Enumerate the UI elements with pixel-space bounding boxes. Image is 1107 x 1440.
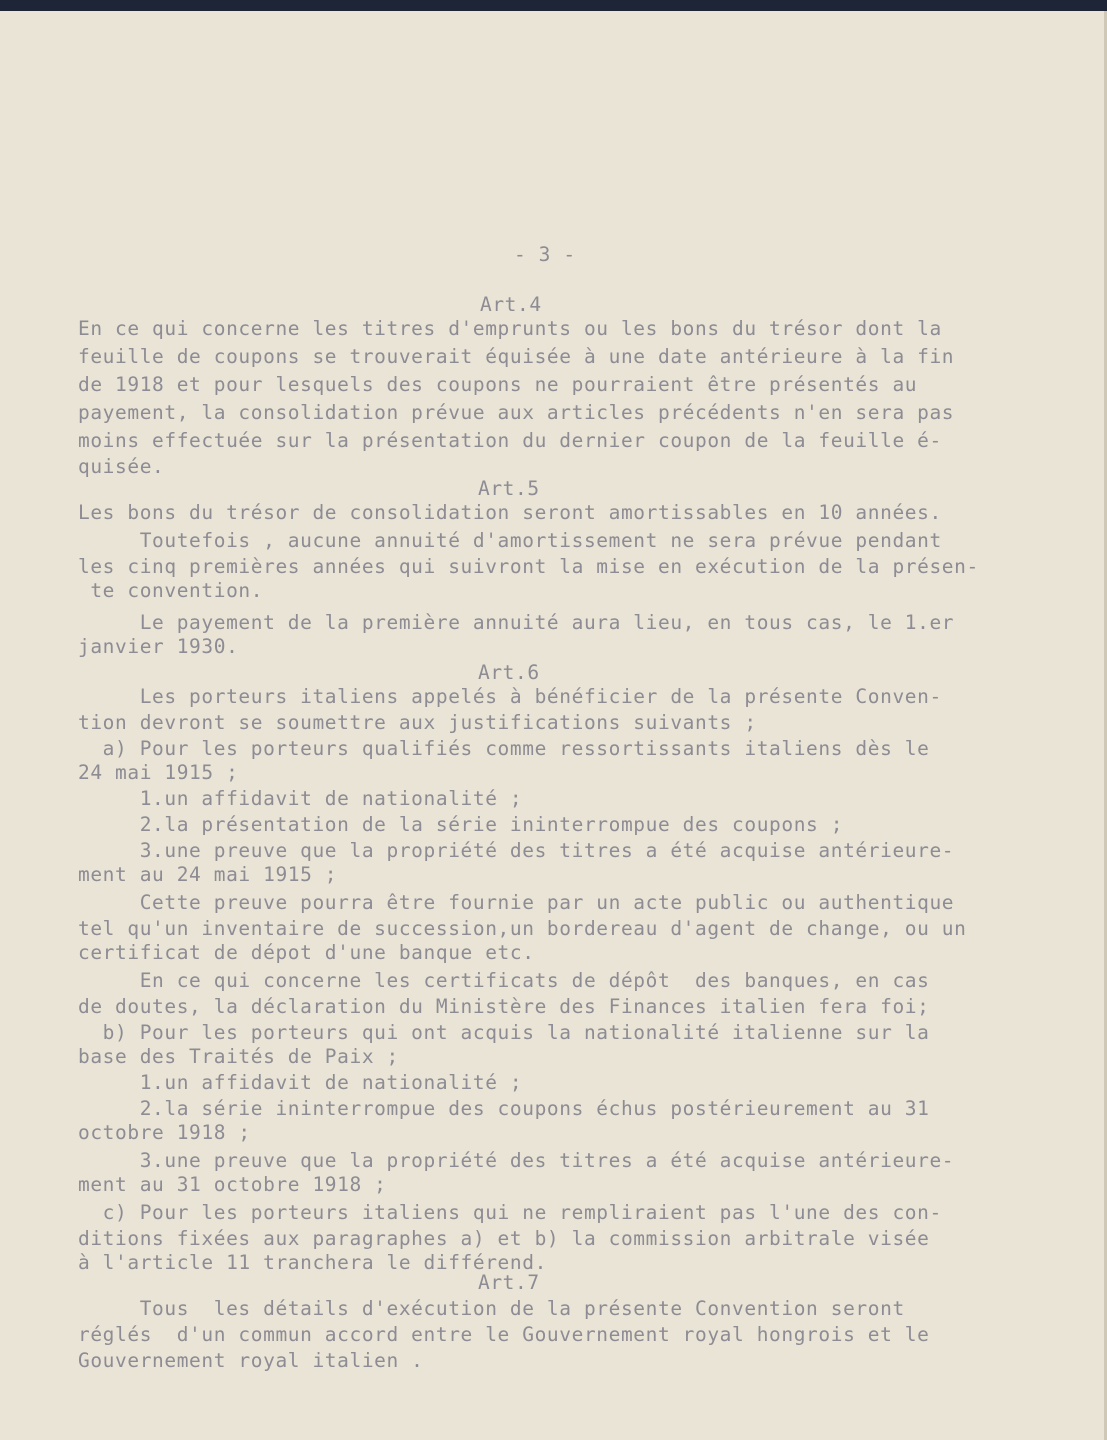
text-line: feuille de coupons se trouverait équisée… <box>78 346 954 368</box>
text-line: b) Pour les porteurs qui ont acquis la n… <box>78 1022 929 1044</box>
text-line: 2.la présentation de la série ininterrom… <box>78 814 843 836</box>
text-line: Tous les détails d'exécution de la prése… <box>78 1298 905 1320</box>
text-line: les cinq premières années qui suivront l… <box>78 556 979 578</box>
text-line: 1.un affidavit de nationalité ; <box>78 788 522 810</box>
text-line: te convention. <box>78 580 263 602</box>
text-line: base des Traités de Paix ; <box>78 1046 399 1068</box>
text-line: payement, la consolidation prévue aux ar… <box>78 402 954 424</box>
text-line: ditions fixées aux paragraphes a) et b) … <box>78 1228 929 1250</box>
article-heading: Art.7 <box>478 1272 540 1294</box>
text-line: certificat de dépot d'une banque etc. <box>78 942 535 964</box>
text-line: octobre 1918 ; <box>78 1122 251 1144</box>
text-line: de 1918 et pour lesquels des coupons ne … <box>78 374 917 396</box>
text-line: Toutefois , aucune annuité d'amortisseme… <box>78 530 942 552</box>
text-line: tel qu'un inventaire de succession,un bo… <box>78 918 966 940</box>
text-line: Les porteurs italiens appelés à bénéfici… <box>78 686 942 708</box>
text-line: tion devront se soumettre aux justificat… <box>78 712 757 734</box>
scan-top-edge <box>0 0 1107 11</box>
text-line: 1.un affidavit de nationalité ; <box>78 1072 522 1094</box>
text-line: janvier 1930. <box>78 636 238 658</box>
text-line: En ce qui concerne les certificats de dé… <box>78 970 929 992</box>
article-heading: Art.5 <box>478 478 540 500</box>
text-line: 3.une preuve que la propriété des titres… <box>78 840 954 862</box>
text-line: réglés d'un commun accord entre le Gouve… <box>78 1324 929 1346</box>
article-heading: Art.6 <box>478 662 540 684</box>
text-line: ment au 24 mai 1915 ; <box>78 864 337 886</box>
text-line: 24 mai 1915 ; <box>78 762 238 784</box>
text-line: Le payement de la première annuité aura … <box>78 612 954 634</box>
text-line: Cette preuve pourra être fournie par un … <box>78 892 954 914</box>
text-line: a) Pour les porteurs qualifiés comme res… <box>78 738 929 760</box>
text-line: quisée. <box>78 456 164 478</box>
text-line: 3.une preuve que la propriété des titres… <box>78 1150 954 1172</box>
text-line: Gouvernement royal italien . <box>78 1350 424 1372</box>
text-line: c) Pour les porteurs italiens qui ne rem… <box>78 1202 942 1224</box>
article-heading: Art.4 <box>480 294 542 316</box>
text-line: de doutes, la déclaration du Ministère d… <box>78 996 929 1018</box>
text-line: à l'article 11 tranchera le différend. <box>78 1252 547 1274</box>
text-line: 2.la série ininterrompue des coupons éch… <box>78 1098 929 1120</box>
page-number: - 3 - <box>514 244 576 266</box>
text-line: En ce qui concerne les titres d'emprunts… <box>78 318 942 340</box>
text-line: Les bons du trésor de consolidation sero… <box>78 502 942 524</box>
text-line: moins effectuée sur la présentation du d… <box>78 430 942 452</box>
text-line: ment au 31 octobre 1918 ; <box>78 1174 387 1196</box>
